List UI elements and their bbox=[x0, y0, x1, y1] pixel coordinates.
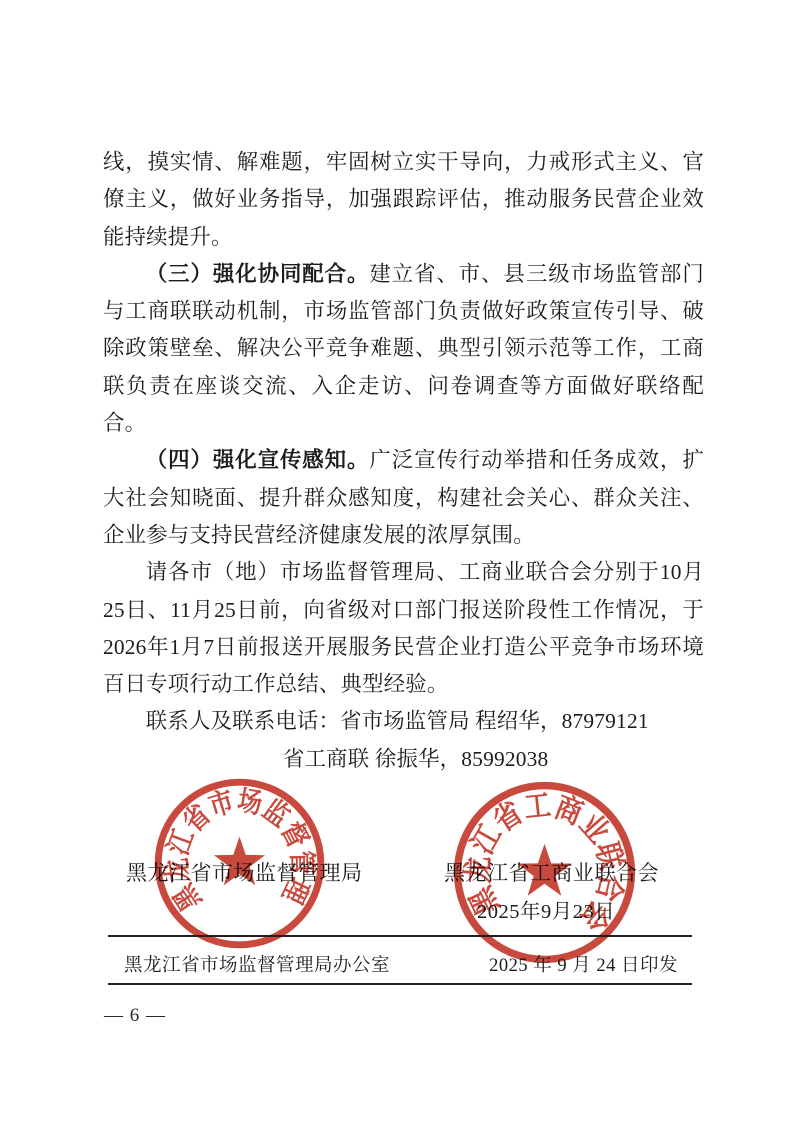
body-paragraph-reporting: 请各市（地）市场监督管理局、工商业联合会分别于10月25日、11月25日前，向省… bbox=[103, 554, 704, 703]
page-number: — 6 — bbox=[104, 1005, 166, 1027]
footer-print-date: 2025 年 9 月 24 日印发 bbox=[489, 951, 678, 977]
footer-rule-bottom bbox=[108, 983, 692, 985]
paragraph-text: 请各市（地）市场监督管理局、工商业联合会分别于10月25日、11月25日前，向省… bbox=[103, 560, 704, 696]
document-body: 线，摸实情、解难题，牢固树立实干导向，力戒形式主义、官僚主义，做好业务指导，加强… bbox=[103, 144, 704, 778]
seal-ring-text: 黑龙江省市场监督管理局 bbox=[153, 777, 318, 916]
body-paragraph-continuation: 线，摸实情、解难题，牢固树立实干导向，力戒形式主义、官僚主义，做好业务指导，加强… bbox=[103, 144, 704, 256]
signature-right-org: 黑龙江省工商业联合会 bbox=[444, 857, 659, 887]
paragraph-text: 联系人及联系电话：省市场监管局 程绍华，87979121 bbox=[146, 709, 649, 733]
footer-rule-top bbox=[108, 935, 692, 937]
section-heading-4: （四）强化宣传感知。 bbox=[146, 448, 370, 472]
paragraph-text: 省工商联 徐振华，85992038 bbox=[283, 747, 548, 771]
paragraph-text: 线，摸实情、解难题，牢固树立实干导向，力戒形式主义、官僚主义，做好业务指导，加强… bbox=[103, 150, 704, 249]
document-page: 线，摸实情、解难题，牢固树立实干导向，力戒形式主义、官僚主义，做好业务指导，加强… bbox=[0, 0, 793, 1122]
section-heading-3: （三）强化协同配合。 bbox=[146, 262, 370, 286]
paragraph-text: 建立省、市、县三级市场监管部门与工商联联动机制，市场监管部门负责做好政策宣传引导… bbox=[103, 262, 704, 435]
body-paragraph-section-4: （四）强化宣传感知。广泛宣传行动举措和任务成效，扩大社会知晓面、提升群众感知度，… bbox=[103, 442, 704, 554]
body-paragraph-contact-1: 联系人及联系电话：省市场监管局 程绍华，87979121 bbox=[103, 703, 704, 740]
signature-left-org: 黑龙江省市场监督管理局 bbox=[126, 857, 363, 887]
signature-date: 2025年9月23日 bbox=[477, 894, 615, 924]
body-paragraph-section-3: （三）强化协同配合。建立省、市、县三级市场监管部门与工商联联动机制，市场监管部门… bbox=[103, 256, 704, 442]
footer-office: 黑龙江省市场监督管理局办公室 bbox=[124, 951, 390, 977]
body-paragraph-contact-2: 省工商联 徐振华，85992038 bbox=[103, 741, 704, 778]
